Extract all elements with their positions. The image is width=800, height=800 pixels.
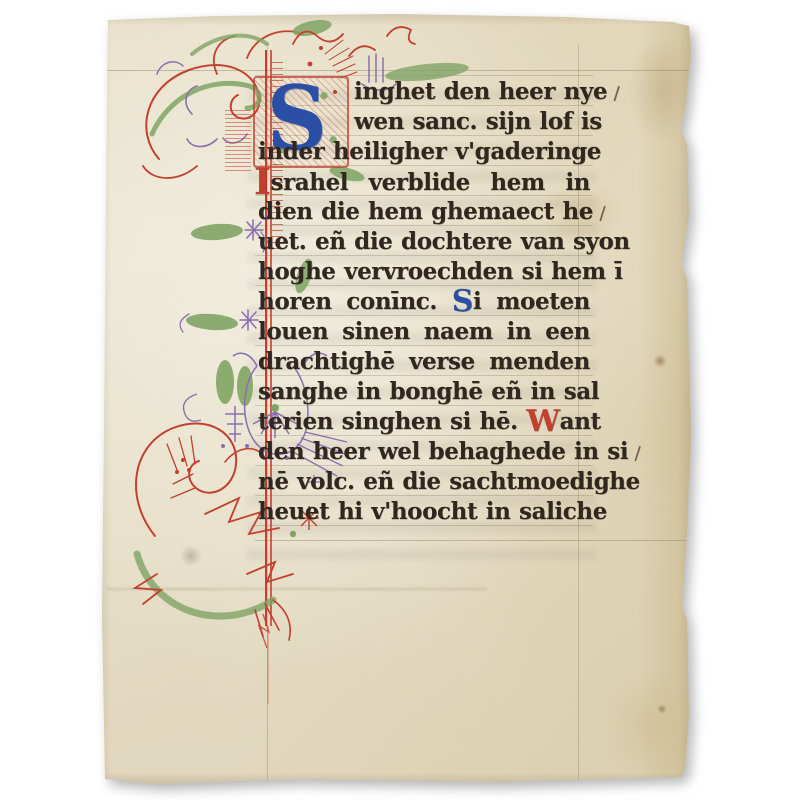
end-of-line-mark: / (607, 83, 619, 104)
text-line: sanghe in bonghē eñ in sal (258, 377, 590, 407)
inline-initial: W (526, 408, 559, 436)
text-line: wen sanc. sijn lof is (258, 107, 590, 137)
stain-edge-dots (653, 354, 667, 368)
line-text: wen sanc. sijn lof is (354, 108, 602, 135)
line-text: heuet hi v'hoocht in saliche (258, 498, 607, 525)
text-line: inghet den heer nye / (258, 77, 590, 107)
text-line: den heer wel behaghede in si / (258, 437, 590, 467)
text-line: heuet hi v'hoocht in saliche (258, 497, 590, 527)
margin-green-drops (184, 360, 254, 448)
text-line: hoghe vervroechden si hem ī (258, 257, 590, 287)
line-text: nē volc. eñ die sachtmoedighe (258, 468, 640, 495)
text-block: inghet den heer nye /wen sanc. sijn lof … (258, 77, 590, 527)
text-line: nē volc. eñ die sachtmoedighe (258, 467, 590, 497)
line-text: i moeten (473, 288, 590, 315)
inline-initial: S (452, 288, 473, 316)
parchment: S inghet den heer nye /wen sanc. sijn lo… (97, 14, 698, 786)
line-text: uet. eñ die dochtere van syon (258, 228, 630, 255)
line-text: inghet den heer nye (354, 78, 607, 105)
end-of-line-mark: / (628, 443, 640, 464)
line-text: louen sinen naem in een (258, 318, 590, 345)
text-line: Israhel verblide hem in (258, 167, 590, 197)
text-line: dien die hem ghemaect he / (258, 197, 590, 227)
line-text: sanghe in bonghē eñ in sal (258, 378, 599, 405)
stain-smudge (179, 546, 203, 566)
line-text: den heer wel behaghede in si (258, 438, 628, 465)
parchment-crease (107, 586, 487, 592)
text-line: horen conīnc. Si moeten (258, 287, 590, 317)
line-text: hoghe vervroechden si hem ī (258, 258, 623, 285)
end-of-line-mark: / (593, 203, 605, 224)
text-line: drachtighē verse menden (258, 347, 590, 377)
text-line: terien singhen si hē. Want (258, 407, 590, 437)
line-text: inder heiligher v'gaderinge (258, 138, 601, 165)
text-line: inder heiligher v'gaderinge (258, 137, 590, 167)
space (437, 288, 452, 315)
photo-background: S inghet den heer nye /wen sanc. sijn lo… (0, 0, 800, 800)
inline-initial: I (254, 167, 270, 197)
red-penwork-burst (225, 110, 251, 172)
line-text: drachtighē verse menden (258, 348, 590, 375)
line-text: ant (560, 408, 601, 435)
text-line: louen sinen naem in een (258, 317, 590, 347)
margin-sprig-2 (180, 306, 266, 334)
stain-top-right (627, 34, 697, 144)
stain-edge-dot2 (657, 704, 667, 714)
manuscript-leaf: S inghet den heer nye /wen sanc. sijn lo… (97, 14, 698, 786)
line-text: srahel verblide hem in (270, 169, 590, 196)
text-line: uet. eñ die dochtere van syon (258, 227, 590, 257)
stain-right-band (637, 14, 698, 786)
line-text: terien singhen si hē. (258, 408, 518, 435)
line-text: dien die hem ghemaect he (258, 198, 593, 225)
stain-bottom-right (602, 669, 702, 784)
line-text: horen conīnc. (258, 288, 437, 315)
ruling-top (107, 70, 689, 71)
